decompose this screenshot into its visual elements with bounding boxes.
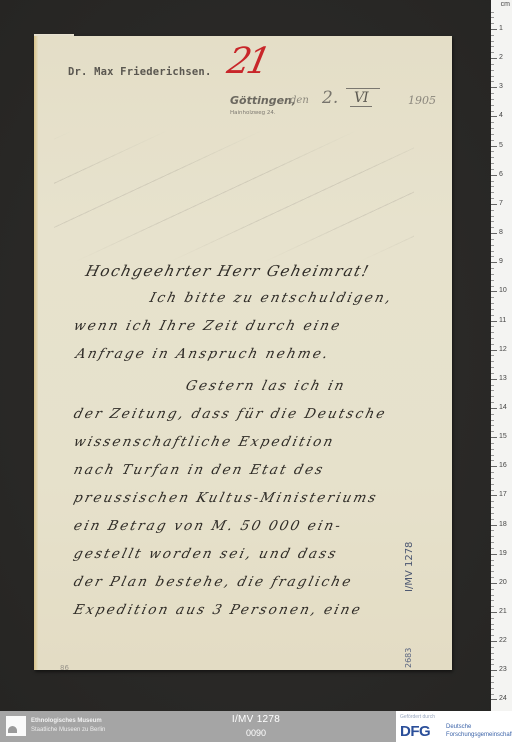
- ruler-tick: [491, 17, 494, 18]
- dfg-funder-block: Gefördert durch DFG Deutsche Forschungsg…: [396, 711, 512, 742]
- ruler-tick: [491, 181, 494, 182]
- handwritten-line: der Plan bestehe, die fragliche: [72, 574, 355, 590]
- ruler-label: 23: [499, 666, 507, 673]
- ruler-tick: [491, 367, 494, 368]
- ruler-tick: [491, 326, 494, 327]
- ink-bleed-through: [54, 131, 414, 261]
- ruler-tick: [491, 606, 494, 607]
- ruler-tick: [491, 134, 494, 135]
- handwritten-line: Gestern las ich in: [184, 378, 348, 394]
- ruler-tick: [491, 390, 494, 391]
- ruler-label: 1: [499, 25, 503, 32]
- inventory-annotation: I/MV 1278: [404, 542, 415, 592]
- ruler-tick: [491, 286, 494, 287]
- ruler-tick: [491, 41, 494, 42]
- ruler-tick: [491, 688, 494, 689]
- ruler-tick: [491, 420, 494, 421]
- ruler-tick: [491, 583, 497, 584]
- ruler-tick: [491, 23, 494, 24]
- ruler-tick: [491, 548, 494, 549]
- ruler-tick: [491, 221, 494, 222]
- ruler-tick: [491, 560, 494, 561]
- ruler-label: 5: [499, 142, 503, 149]
- ruler-tick: [491, 76, 494, 77]
- ruler-label: 20: [499, 579, 507, 586]
- ruler-label: 2: [499, 54, 503, 61]
- ruler-tick: [491, 344, 494, 345]
- ruler-tick: [491, 373, 494, 374]
- ruler-label: 18: [499, 521, 507, 528]
- handwritten-line: gestellt worden sei, und dass: [72, 546, 340, 562]
- ruler-tick: [491, 157, 494, 158]
- ruler-tick: [491, 647, 494, 648]
- ruler-tick: [491, 99, 494, 100]
- ruler-unit: cm: [501, 1, 510, 8]
- ruler-tick: [491, 35, 494, 36]
- inventory-annotation-2: 2683: [404, 648, 413, 668]
- ruler-tick: [491, 530, 494, 531]
- ruler-tick: [491, 303, 494, 304]
- ruler-tick: [491, 676, 494, 677]
- ruler-tick: [491, 466, 497, 467]
- ruler-tick: [491, 542, 494, 543]
- ruler-tick: [491, 525, 497, 526]
- date-day: 2.: [322, 88, 338, 108]
- ruler-tick: [491, 449, 494, 450]
- ruler-tick: [491, 682, 494, 683]
- ruler-tick: [491, 379, 497, 380]
- ruler-tick: [491, 437, 497, 438]
- place-date-line: Göttingen, den 2. VI 1905 Hainholzweg 24…: [230, 94, 450, 124]
- address: Hainholzweg 24.: [230, 110, 276, 116]
- ruler-tick: [491, 163, 494, 164]
- date-month: VI: [350, 90, 372, 107]
- ruler-tick: [491, 536, 494, 537]
- ruler-label: 19: [499, 550, 507, 557]
- ruler-tick: [491, 111, 494, 112]
- ruler-tick: [491, 192, 494, 193]
- ruler-label: 12: [499, 346, 507, 353]
- ruler-tick: [491, 402, 494, 403]
- ruler-tick: [491, 332, 494, 333]
- ruler-label: 21: [499, 608, 507, 615]
- handwritten-line: wenn ich Ihre Zeit durch eine: [72, 318, 343, 334]
- ruler-tick: [491, 414, 494, 415]
- ruler-tick: [491, 472, 494, 473]
- cm-ruler: cm 1234567891011121314151617181920212223…: [491, 0, 512, 711]
- ruler-tick: [491, 93, 494, 94]
- ruler-tick: [491, 484, 494, 485]
- footer-bar: Ethnologisches Museum Staatliche Museen …: [0, 711, 512, 742]
- ruler-tick: [491, 501, 494, 502]
- ruler-tick: [491, 315, 494, 316]
- ruler-tick: [491, 664, 494, 665]
- ruler-tick: [491, 169, 494, 170]
- ruler-tick: [491, 58, 497, 59]
- ruler-tick: [491, 355, 494, 356]
- ruler-tick: [491, 321, 497, 322]
- ruler-label: 6: [499, 171, 503, 178]
- handwritten-line: Anfrage in Anspruch nehme.: [74, 346, 332, 362]
- ruler-tick: [491, 204, 497, 205]
- handwritten-line: der Zeitung, dass für die Deutsche: [72, 406, 389, 422]
- ruler-tick: [491, 396, 494, 397]
- ruler-tick: [491, 239, 494, 240]
- handwritten-line: nach Turfan in den Etat des: [72, 462, 326, 478]
- ruler-tick: [491, 64, 494, 65]
- ruler-tick: [491, 565, 494, 566]
- ruler-tick: [491, 262, 497, 263]
- ruler-tick: [491, 612, 497, 613]
- salutation: Hochgeehrter Herr Geheimrat!: [84, 262, 372, 280]
- ruler-tick: [491, 122, 494, 123]
- ruler-tick: [491, 140, 494, 141]
- ruler-tick: [491, 699, 497, 700]
- letter-page: Dr. Max Friederichsen. 21 Göttingen, den…: [34, 36, 452, 670]
- ruler-tick: [491, 291, 497, 292]
- ruler-tick: [491, 350, 497, 351]
- dfg-logo-icon: DFG: [400, 723, 430, 740]
- ruler-tick: [491, 146, 497, 147]
- ruler-tick: [491, 52, 494, 53]
- ruler-tick: [491, 595, 494, 596]
- ruler-tick: [491, 513, 494, 514]
- ruler-tick: [491, 408, 497, 409]
- ruler-tick: [491, 641, 497, 642]
- ruler-label: 4: [499, 112, 503, 119]
- ruler-tick: [491, 233, 497, 234]
- ruler-label: 3: [499, 83, 503, 90]
- ruler-tick: [491, 70, 494, 71]
- ruler-tick: [491, 297, 494, 298]
- ruler-tick: [491, 29, 497, 30]
- letterhead-name: Dr. Max Friederichsen.: [68, 66, 211, 78]
- den-label: den: [290, 95, 309, 106]
- ruler-tick: [491, 87, 497, 88]
- ruler-tick: [491, 455, 494, 456]
- ruler-tick: [491, 175, 497, 176]
- ruler-tick: [491, 256, 494, 257]
- ruler-tick: [491, 694, 494, 695]
- ruler-label: 7: [499, 200, 503, 207]
- handwritten-line: wissenschaftliche Expedition: [72, 434, 336, 450]
- ruler-tick: [491, 361, 494, 362]
- ruler-tick: [491, 629, 494, 630]
- ruler-tick: [491, 105, 494, 106]
- handwritten-line: ein Betrag von M. 50 000 ein-: [72, 518, 344, 534]
- ruler-tick: [491, 554, 497, 555]
- ruler-tick: [491, 280, 494, 281]
- ruler-tick: [491, 210, 494, 211]
- ruler-label: 8: [499, 229, 503, 236]
- page-note: 86: [60, 664, 69, 672]
- ruler-tick: [491, 116, 497, 117]
- ruler-tick: [491, 338, 494, 339]
- ruler-label: 15: [499, 433, 507, 440]
- ruler-tick: [491, 635, 494, 636]
- ruler-tick: [491, 478, 494, 479]
- ruler-tick: [491, 600, 494, 601]
- ruler-tick: [491, 443, 494, 444]
- funder-label: Gefördert durch: [400, 714, 435, 720]
- ruler-tick: [491, 589, 494, 590]
- ruler-tick: [491, 251, 494, 252]
- ruler-label: 14: [499, 404, 507, 411]
- handwritten-line: Expedition aus 3 Personen, eine: [72, 602, 364, 618]
- ruler-tick: [491, 186, 494, 187]
- ruler-label: 16: [499, 462, 507, 469]
- ruler-tick: [491, 653, 494, 654]
- funder-name-line2: Forschungsgemeinschaft: [446, 732, 512, 738]
- ruler-tick: [491, 490, 494, 491]
- ruler-tick: [491, 495, 497, 496]
- ruler-tick: [491, 577, 494, 578]
- folio-number: 21: [224, 44, 269, 80]
- ruler-tick: [491, 618, 494, 619]
- ruler-tick: [491, 507, 494, 508]
- ruler-tick: [491, 385, 494, 386]
- ruler-label: 13: [499, 375, 507, 382]
- ruler-label: 24: [499, 695, 507, 702]
- ruler-tick: [491, 198, 494, 199]
- ruler-tick: [491, 425, 494, 426]
- ruler-tick: [491, 460, 494, 461]
- ruler-tick: [491, 151, 494, 152]
- ruler-tick: [491, 670, 497, 671]
- ruler-tick: [491, 12, 494, 13]
- ruler-tick: [491, 46, 494, 47]
- ruler-tick: [491, 431, 494, 432]
- place-name: Göttingen,: [230, 94, 296, 107]
- ruler-label: 17: [499, 491, 507, 498]
- handwritten-line: preussischen Kultus-Ministeriums: [72, 490, 380, 506]
- ruler-tick: [491, 659, 494, 660]
- ruler-tick: [491, 519, 494, 520]
- handwritten-line: Ich bitte zu entschuldigen,: [148, 290, 394, 306]
- ruler-tick: [491, 227, 494, 228]
- ruler-label: 9: [499, 258, 503, 265]
- date-year: 1905: [408, 94, 436, 107]
- ruler-tick: [491, 81, 494, 82]
- ruler-tick: [491, 571, 494, 572]
- ruler-tick: [491, 309, 494, 310]
- ruler-tick: [491, 624, 494, 625]
- ruler-tick: [491, 245, 494, 246]
- ruler-tick: [491, 216, 494, 217]
- ruler-tick: [491, 268, 494, 269]
- ruler-label: 10: [499, 287, 507, 294]
- ruler-label: 22: [499, 637, 507, 644]
- ruler-label: 11: [499, 317, 506, 324]
- ruler-tick: [491, 128, 494, 129]
- funder-name-line1: Deutsche: [446, 724, 471, 730]
- ruler-tick: [491, 274, 494, 275]
